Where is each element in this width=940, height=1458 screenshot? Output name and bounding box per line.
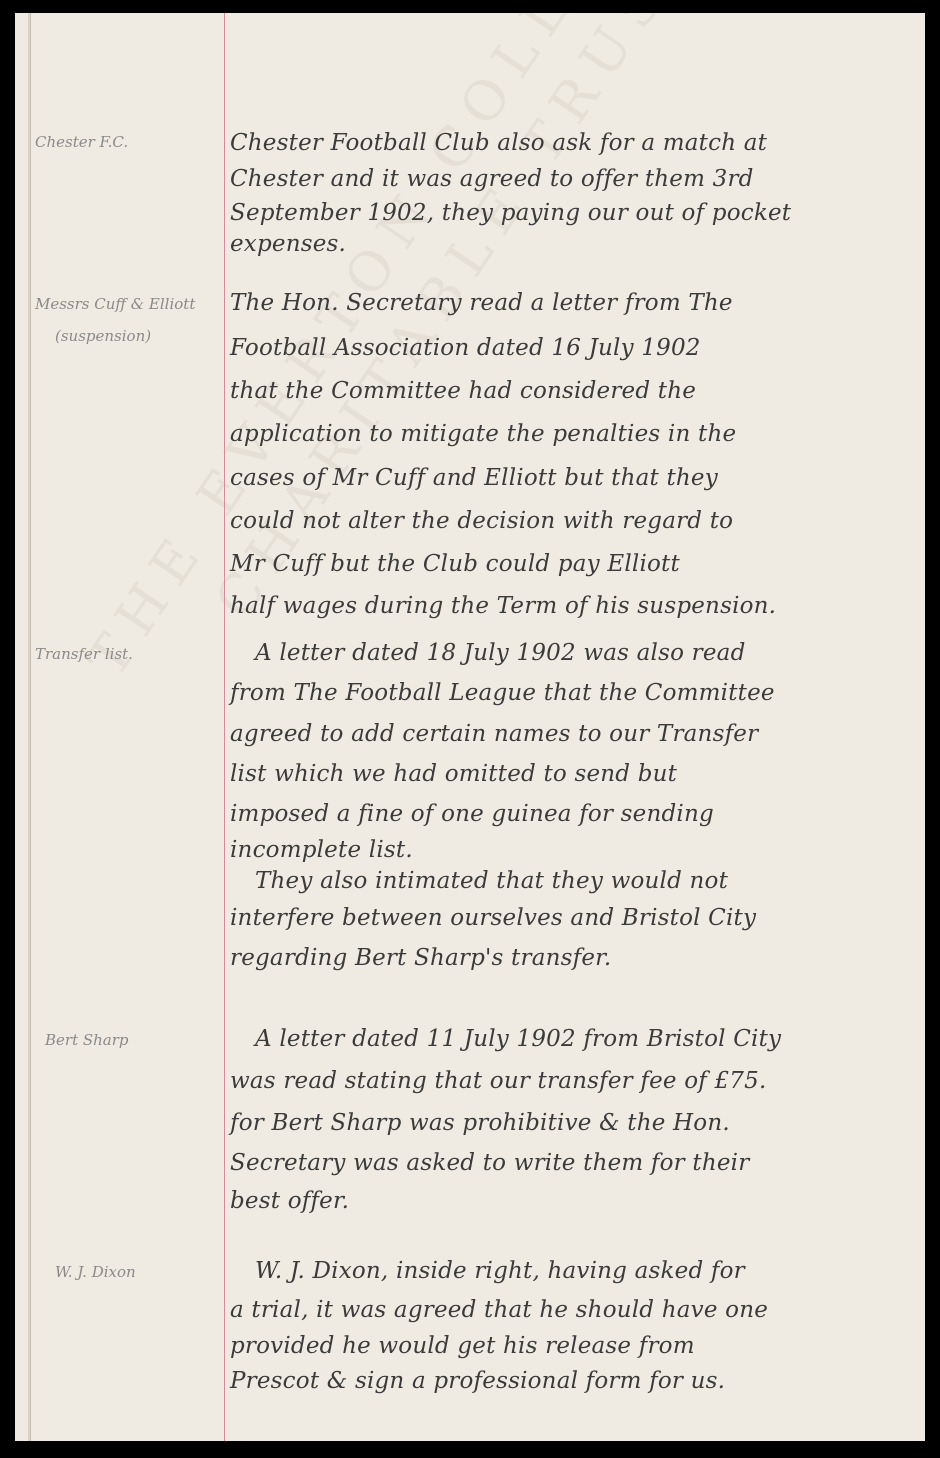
entry-line: The Hon. Secretary read a letter from Th… (230, 290, 733, 316)
entry-line: could not alter the decision with regard… (230, 508, 733, 534)
entry-line: Chester Football Club also ask for a mat… (230, 130, 767, 156)
entry-line: W. J. Dixon, inside right, having asked … (255, 1258, 745, 1284)
margin-note-title: Messrs Cuff & Elliott (35, 295, 195, 313)
margin-note-cuff-elliott: Messrs Cuff & Elliott (suspension) (35, 295, 235, 345)
entry-line: imposed a fine of one guinea for sending (230, 801, 714, 827)
page-gutter-rule (28, 13, 30, 1441)
entry-line: expenses. (230, 231, 346, 257)
entry-line: from The Football League that the Commit… (230, 680, 775, 706)
watermark-line-2: CHARITABLE TRUST (203, 13, 747, 630)
entry-line: regarding Bert Sharp's transfer. (230, 945, 611, 971)
margin-note-transfer-list: Transfer list. (35, 645, 235, 663)
margin-note-chester: Chester F.C. (35, 133, 235, 151)
entry-line: was read stating that our transfer fee o… (230, 1068, 766, 1094)
entry-line: cases of Mr Cuff and Elliott but that th… (230, 465, 718, 491)
entry-line: A letter dated 11 July 1902 from Bristol… (255, 1026, 781, 1052)
entry-line: list which we had omitted to send but (230, 761, 677, 787)
entry-line: half wages during the Term of his suspen… (230, 593, 776, 619)
entry-line: A letter dated 18 July 1902 was also rea… (255, 640, 746, 666)
entry-line: Football Association dated 16 July 1902 (230, 335, 701, 361)
entry-line: September 1902, they paying our out of p… (230, 200, 791, 226)
entry-line: They also intimated that they would not (255, 868, 728, 894)
entry-line: agreed to add certain names to our Trans… (230, 721, 758, 747)
entry-line: incomplete list. (230, 837, 413, 863)
ledger-page: THE EVERTON COLLECTION CHARITABLE TRUST … (15, 13, 925, 1441)
margin-note-dixon: W. J. Dixon (55, 1263, 255, 1281)
entry-line: a trial, it was agreed that he should ha… (230, 1297, 768, 1323)
entry-line: interfere between ourselves and Bristol … (230, 905, 756, 931)
watermark: THE EVERTON COLLECTION CHARITABLE TRUST (75, 13, 747, 729)
entry-line: Mr Cuff but the Club could pay Elliott (230, 551, 680, 577)
red-margin-rule (224, 13, 225, 1441)
entry-line: that the Committee had considered the (230, 378, 696, 404)
entry-line: provided he would get his release from (230, 1333, 695, 1359)
margin-note-bert-sharp: Bert Sharp (45, 1031, 245, 1049)
entry-line: application to mitigate the penalties in… (230, 421, 736, 447)
entry-line: Chester and it was agreed to offer them … (230, 166, 754, 192)
entry-line: Prescot & sign a professional form for u… (230, 1368, 725, 1394)
entry-line: Secretary was asked to write them for th… (230, 1150, 749, 1176)
entry-line: for Bert Sharp was prohibitive & the Hon… (230, 1110, 730, 1136)
margin-note-subtitle: (suspension) (35, 327, 235, 345)
entry-line: best offer. (230, 1188, 349, 1214)
